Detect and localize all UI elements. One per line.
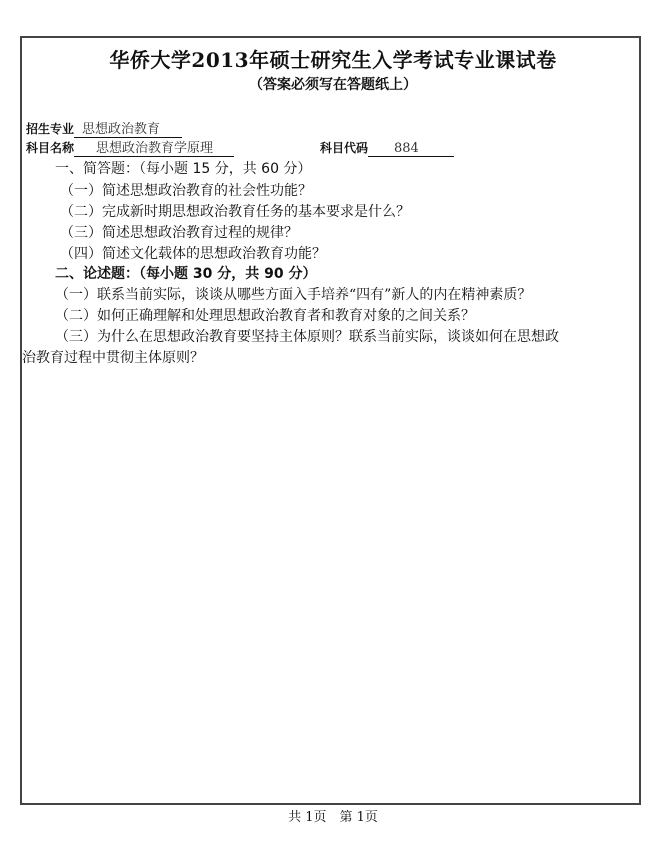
question-1-2: （二）完成新时期思想政治教育任务的基本要求是什么？ — [60, 201, 410, 221]
question-1-3: （三）简述思想政治教育过程的规律？ — [60, 222, 298, 242]
page-footer: 共 1页 第 1页 — [0, 806, 666, 825]
question-2-2: （二）如何正确理解和处理思想政治教育者和教育对象的之间关系？ — [55, 305, 475, 325]
section-1-heading: 一、简答题：（每小题 15 分，共 60 分） — [55, 158, 311, 178]
major-label: 招生专业 — [26, 122, 74, 136]
section-2-heading: 二、论述题：（每小题 30 分，共 90 分） — [55, 263, 316, 283]
major-value: 思想政治教育 — [74, 123, 182, 138]
question-1-4: （四）简述文化载体的思想政治教育功能？ — [60, 243, 326, 263]
code-row: 科目代码884 — [320, 139, 454, 157]
question-2-3: （三）为什么在思想政治教育要坚持主体原则？联系当前实际，谈谈如何在思想政 — [55, 326, 559, 346]
question-1-1: （一）简述思想政治教育的社会性功能？ — [60, 180, 312, 200]
code-value: 884 — [368, 142, 454, 157]
subject-label: 科目名称 — [26, 141, 74, 155]
subject-value: 思想政治教育学原理 — [74, 142, 234, 157]
question-2-1: （一）联系当前实际，谈谈从哪些方面入手培养“四有”新人的内在精神素质？ — [55, 284, 531, 304]
subject-row: 科目名称思想政治教育学原理 — [26, 139, 234, 157]
code-label: 科目代码 — [320, 141, 368, 155]
exam-title: 华侨大学2013年硕士研究生入学考试专业课试卷 — [0, 44, 666, 73]
question-2-3-cont: 治教育过程中贯彻主体原则？ — [22, 347, 204, 367]
exam-subtitle: （答案必须写在答题纸上） — [0, 74, 666, 94]
major-row: 招生专业思想政治教育 — [26, 120, 182, 138]
